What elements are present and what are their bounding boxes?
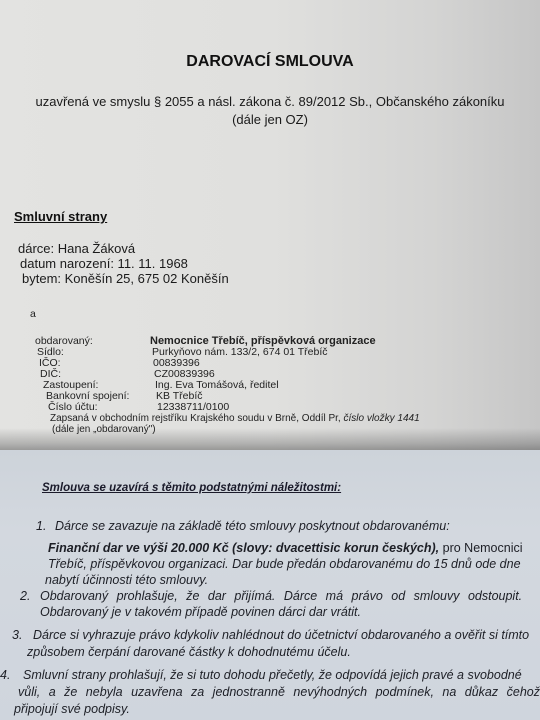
clause-text: Obdarovaný prohlašuje, že dar přijímá. D… bbox=[40, 588, 522, 604]
clause-text: nabytí účinnosti této smlouvy. bbox=[45, 572, 208, 588]
subtitle-line-1: uzavřená ve smyslu § 2055 a násl. zákona… bbox=[0, 93, 540, 111]
clause-text: připojují své podpisy. bbox=[14, 701, 130, 717]
clause-text: způsobem čerpání darované částky k dohod… bbox=[27, 644, 351, 660]
clause-text: Obdarovaný je v takovém případě povinen … bbox=[40, 604, 361, 620]
donation-amount: Finanční dar ve výši 20.000 Kč (slovy: d… bbox=[48, 541, 439, 555]
clause-text: Dárce se zavazuje na základě této smlouv… bbox=[55, 518, 450, 534]
clause-text: pro Nemocnici bbox=[439, 541, 522, 555]
clauses-heading: Smlouva se uzavírá s těmito podstatnými … bbox=[42, 482, 341, 494]
document-subtitle: uzavřená ve smyslu § 2055 a násl. zákona… bbox=[0, 93, 540, 129]
donor-name: dárce: Hana Žáková bbox=[18, 241, 135, 256]
clause-text: Finanční dar ve výši 20.000 Kč (slovy: d… bbox=[48, 540, 523, 556]
registry-insert-number: číslo vložky 1441 bbox=[343, 413, 419, 424]
clause-text: Třebíč, příspěvkovou organizaci. Dar bud… bbox=[48, 556, 521, 572]
clause-text: Dárce si vyhrazuje právo kdykoliv nahléd… bbox=[33, 627, 529, 643]
clause-number: 3. bbox=[12, 627, 22, 643]
parties-heading: Smluvní strany bbox=[14, 209, 107, 224]
registry-line: Zapsaná v obchodním rejstříku Krajského … bbox=[50, 413, 420, 424]
clause-text: Smluvní strany prohlašují, že si tuto do… bbox=[23, 667, 522, 683]
clause-number: 4. bbox=[0, 667, 10, 683]
clause-number: 1. bbox=[36, 518, 46, 534]
account-label: Číslo účtu: bbox=[48, 402, 98, 413]
clause-text: vůli, a že nebyla uzavřena za jednostran… bbox=[18, 684, 540, 700]
donor-birth-date: datum narození: 11. 11. 1968 bbox=[20, 256, 188, 271]
clause-number: 2. bbox=[20, 588, 30, 604]
donor-address: bytem: Koněšín 25, 675 02 Koněšín bbox=[22, 271, 229, 286]
document-title: DAROVACÍ SMLOUVA bbox=[0, 53, 540, 71]
and-word: a bbox=[30, 309, 36, 320]
account-value: 12338711/0100 bbox=[157, 402, 229, 413]
subtitle-line-2: (dále jen OZ) bbox=[0, 111, 540, 129]
registry-prefix: Zapsaná v obchodním rejstříku Krajského … bbox=[50, 413, 343, 424]
recipient-alias: (dále jen „obdarovaný") bbox=[52, 424, 156, 435]
